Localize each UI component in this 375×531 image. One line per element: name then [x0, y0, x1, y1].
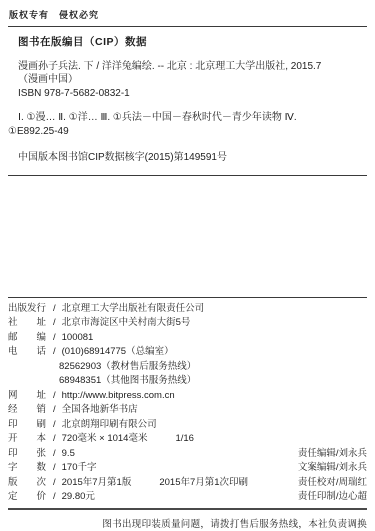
publication-info: 出版发行/北京理工大学出版社有限责任公司 社址/北京市海淀区中关村南大街5号 邮…	[8, 298, 367, 505]
label-separator: /	[53, 389, 56, 404]
label-separator: /	[53, 331, 56, 346]
label-separator: /	[53, 490, 56, 505]
field-label: 字数	[8, 461, 46, 476]
bottom-divider	[8, 508, 367, 510]
cip-heading: 图书在版编目（CIP）数据	[18, 36, 367, 50]
publication-row: 印刷/北京朗翔印刷有限公司	[8, 418, 367, 433]
field-value: 北京市海淀区中关村南大街5号	[62, 317, 191, 328]
staff-credit: 责任印制/边心超	[298, 490, 367, 505]
publication-row: 邮编/100081	[8, 331, 367, 346]
field-value: 720毫米 × 1014毫米	[62, 433, 148, 444]
field-value: 全国各地新华书店	[62, 404, 138, 415]
cip-section: 图书在版编目（CIP）数据 漫画孙子兵法. 下 / 洋洋兔编绘. -- 北京 :…	[18, 36, 367, 165]
field-value: 北京理工大学出版社有限责任公司	[62, 303, 205, 314]
field-value: 170千字	[62, 462, 97, 473]
field-label: 电话	[8, 345, 46, 360]
phone-extra-line: 82562903（教材售后服务热线）	[59, 360, 367, 375]
field-value: 29.80元	[62, 491, 95, 502]
copyright-notice: 版权专有 侵权必究	[8, 6, 367, 21]
label-separator: /	[53, 403, 56, 418]
quality-notice: 图书出现印装质量问题，请拨打售后服务热线，本社负责调换	[8, 516, 367, 530]
field-label: 出版发行	[8, 302, 46, 317]
publication-row: 网址/http://www.bitpress.com.cn	[8, 389, 367, 404]
publication-row: 印张/9.5 责任编辑/刘永兵	[8, 447, 367, 462]
field-label: 印张	[8, 447, 46, 462]
field-value: 北京朗翔印刷有限公司	[62, 419, 157, 430]
field-label: 开本	[8, 432, 46, 447]
label-separator: /	[53, 432, 56, 447]
publication-row: 经销/全国各地新华书店	[8, 403, 367, 418]
staff-credit: 责任编辑/刘永兵	[298, 447, 367, 462]
field-label: 邮编	[8, 331, 46, 346]
phone-extra-line: 68948351（其他图书服务热线）	[59, 374, 367, 389]
field-value: 100081	[62, 332, 94, 343]
label-separator: /	[53, 476, 56, 491]
publication-row: 开本/720毫米 × 1014毫米1/16	[8, 432, 367, 447]
top-divider	[8, 26, 367, 27]
publication-row: 出版发行/北京理工大学出版社有限责任公司	[8, 302, 367, 317]
cip-isbn: ISBN 978-7-5682-0832-1	[18, 87, 367, 101]
cip-series: （漫画中国）	[18, 73, 367, 87]
field-value: 2015年7月第1版	[62, 477, 132, 488]
field-value: http://www.bitpress.com.cn	[62, 390, 175, 401]
publication-row: 社址/北京市海淀区中关村南大街5号	[8, 316, 367, 331]
field-label: 定价	[8, 490, 46, 505]
label-separator: /	[53, 418, 56, 433]
cip-classification-line2: ①E892.25-49	[8, 125, 367, 139]
field-value-secondary: 2015年7月第1次印刷	[159, 476, 248, 491]
label-separator: /	[53, 345, 56, 360]
field-label: 印刷	[8, 418, 46, 433]
cip-classification-line1: Ⅰ. ①漫… Ⅱ. ①洋… Ⅲ. ①兵法－中国－春秋时代－青少年读物 Ⅳ.	[18, 111, 367, 125]
label-separator: /	[53, 302, 56, 317]
field-label: 社址	[8, 316, 46, 331]
label-separator: /	[53, 316, 56, 331]
field-value-secondary: 1/16	[175, 432, 194, 447]
field-label: 经销	[8, 403, 46, 418]
publication-row: 字数/170千字 文案编辑/刘永兵	[8, 461, 367, 476]
copyright-page: 版权专有 侵权必究 图书在版编目（CIP）数据 漫画孙子兵法. 下 / 洋洋兔编…	[0, 0, 375, 531]
field-label: 版次	[8, 476, 46, 491]
label-separator: /	[53, 461, 56, 476]
publication-row: 版次/2015年7月第1版2015年7月第1次印刷 责任校对/周瑞红	[8, 476, 367, 491]
field-value: 9.5	[62, 448, 75, 459]
publication-row: 定价/29.80元 责任印制/边心超	[8, 490, 367, 505]
cip-description: 漫画孙子兵法. 下 / 洋洋兔编绘. -- 北京 : 北京理工大学出版社, 20…	[18, 60, 367, 74]
field-label: 网址	[8, 389, 46, 404]
cip-registration: 中国版本图书馆CIP数据核字(2015)第149591号	[18, 151, 367, 165]
staff-credit: 责任校对/周瑞红	[298, 476, 367, 491]
staff-credit: 文案编辑/刘永兵	[298, 461, 367, 476]
field-value: (010)68914775（总编室）	[62, 346, 174, 357]
label-separator: /	[53, 447, 56, 462]
cip-bottom-divider	[8, 175, 367, 176]
publication-row: 电话/(010)68914775（总编室）	[8, 345, 367, 360]
